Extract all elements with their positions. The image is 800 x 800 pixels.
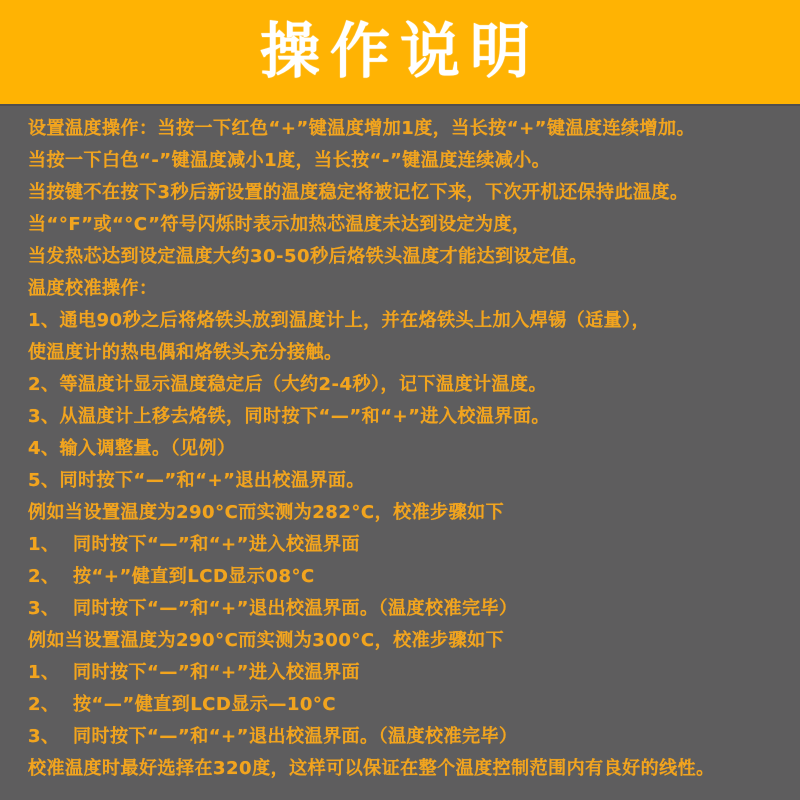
instruction-line: 例如当设置温度为290°C而实测为282°C，校准步骤如下 (28, 497, 790, 529)
instruction-line: 使温度计的热电偶和烙铁头充分接触。 (28, 337, 790, 369)
instruction-line: 3、 同时按下“—”和“+”退出校温界面。（温度校准完毕） (28, 721, 790, 753)
instruction-line: 当按键不在按下3秒后新设置的温度稳定将被记忆下来，下次开机还保持此温度。 (28, 177, 790, 209)
instruction-line: 1、 同时按下“—”和“+”进入校温界面 (28, 657, 790, 689)
instruction-line: 2、 按“—”健直到LCD显示—10°C (28, 689, 790, 721)
instruction-line: 设置温度操作：当按一下红色“+”键温度增加1度，当长按“+”键温度连续增加。 (28, 113, 790, 145)
instruction-line: 5、同时按下“—”和“+”退出校温界面。 (28, 465, 790, 497)
instruction-line: 2、 按“+”健直到LCD显示08°C (28, 561, 790, 593)
instruction-line: 当“°F”或“°C”符号闪烁时表示加热芯温度未达到设定为度， (28, 209, 790, 241)
instruction-line: 温度校准操作： (28, 273, 790, 305)
instruction-line: 当发热芯达到设定温度大约30-50秒后烙铁头温度才能达到设定值。 (28, 241, 790, 273)
instruction-line: 当按一下白色“-”键温度减小1度，当长按“-”键温度连续减小。 (28, 145, 790, 177)
instruction-line: 1、通电90秒之后将烙铁头放到温度计上，并在烙铁头上加入焊锡（适量）， (28, 305, 790, 337)
instruction-line: 4、输入调整量。（见例） (28, 433, 790, 465)
instruction-line: 3、从温度计上移去烙铁，同时按下“—”和“+”进入校温界面。 (28, 401, 790, 433)
instruction-line: 例如当设置温度为290°C而实测为300°C，校准步骤如下 (28, 625, 790, 657)
instruction-list: 设置温度操作：当按一下红色“+”键温度增加1度，当长按“+”键温度连续增加。当按… (0, 106, 800, 800)
header-banner: 操作说明 (0, 0, 800, 106)
page-title: 操作说明 (260, 22, 540, 82)
instruction-line: 3、 同时按下“—”和“+”退出校温界面。（温度校准完毕） (28, 593, 790, 625)
instruction-line: 2、等温度计显示温度稳定后（大约2-4秒），记下温度计温度。 (28, 369, 790, 401)
instruction-poster: 操作说明 设置温度操作：当按一下红色“+”键温度增加1度，当长按“+”键温度连续… (0, 0, 800, 800)
instruction-line: 校准温度时最好选择在320度，这样可以保证在整个温度控制范围内有良好的线性。 (28, 753, 790, 785)
instruction-line: 1、 同时按下“—”和“+”进入校温界面 (28, 529, 790, 561)
